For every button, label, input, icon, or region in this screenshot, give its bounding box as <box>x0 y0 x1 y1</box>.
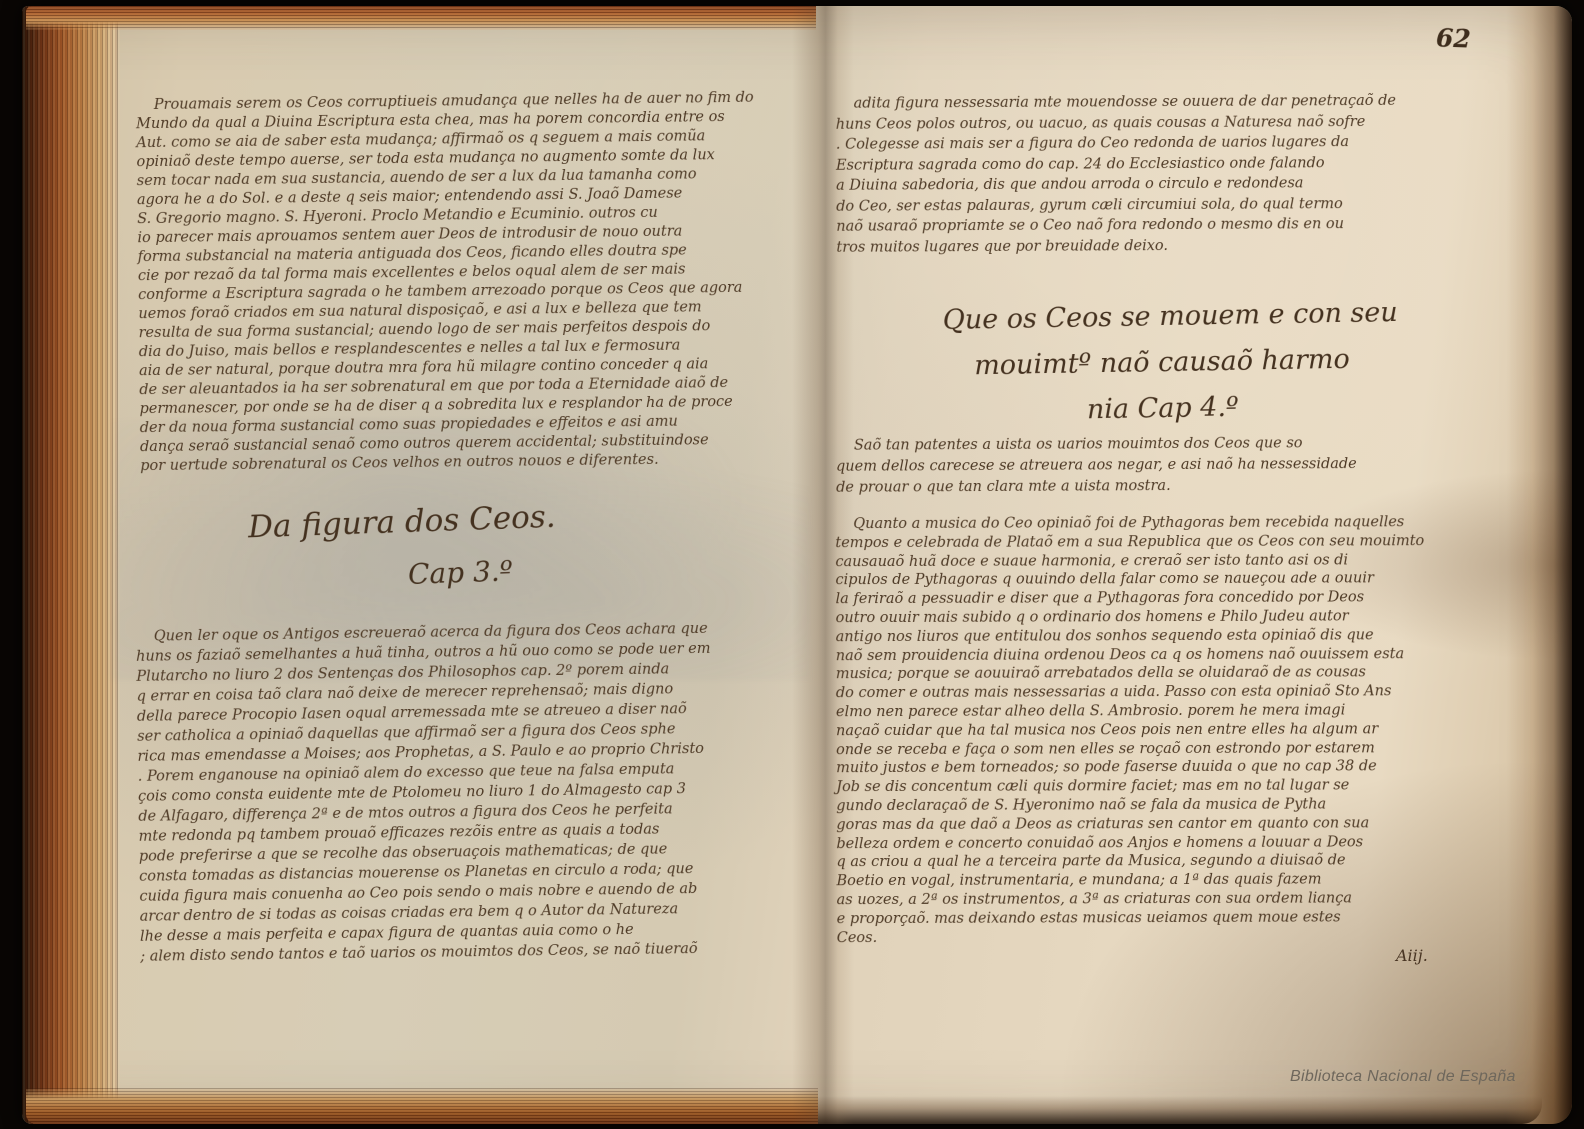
manuscript-line: elmo nen parece estar alheo della S. Amb… <box>836 701 1526 722</box>
manuscript-line: antigo nos liuros que entitulou dos sonh… <box>836 626 1526 647</box>
book-fore-edge-pages <box>22 6 120 1124</box>
manuscript-line: onde se receba e faça o som nen elles se… <box>836 738 1526 759</box>
manuscript-line: de prouar o que tan clara mte a uista mo… <box>836 474 1516 499</box>
manuscript-line: cipulos de Pythagoras q ouuindo della fa… <box>835 569 1525 590</box>
manuscript-line: Boetio en vogal, instrumentaria, e munda… <box>836 870 1526 891</box>
left-page-paragraph-1: Prouamais serem os Ceos corruptiueis amu… <box>136 88 831 476</box>
right-chapter-heading: Que os Ceos se mouem e con seumouimtº na… <box>851 289 1473 438</box>
manuscript-line: musica; porque se aouuiraõ arrebatados d… <box>836 663 1526 684</box>
manuscript-line: Job se dis concentum cæli quis dormire f… <box>836 776 1526 797</box>
manuscript-line: Quanto a musica do Ceo opiniaõ foi de Py… <box>835 513 1525 534</box>
manuscript-line: tros muitos lugares que por breuidade de… <box>836 234 1516 258</box>
book-bottom-page-edges <box>26 1088 818 1124</box>
manuscript-line: outro ouuir mais subido q o ordinario do… <box>836 607 1526 628</box>
manuscript-line: belleza ordem e concerto conuidaõ aos An… <box>836 832 1526 853</box>
manuscript-line: naçaõ cuidar que ha tal musica nos Ceos … <box>836 720 1526 741</box>
manuscript-line: muito justos e bem torneados; so pode fa… <box>836 757 1526 778</box>
manuscript-scan: Prouamais serem os Ceos corruptiueis amu… <box>0 0 1584 1129</box>
left-page-paragraph-2: Quen ler oque os Antigos escreueraõ acer… <box>136 617 831 967</box>
right-page-paragraph-2: Saõ tan patentes a uista os uarios mouim… <box>836 432 1516 499</box>
quire-signature-mark: Aiij. <box>1396 946 1428 965</box>
right-page-paragraph-1: adita figura nessessaria mte mouendosse … <box>836 90 1517 258</box>
manuscript-line: do comer e outras mais nessessarias a ui… <box>836 682 1526 703</box>
left-chapter-caption: Cap 3.º <box>407 554 513 591</box>
manuscript-line: la feriraõ a pessuadir e diser que a Pyt… <box>836 588 1526 609</box>
manuscript-line: tempos e celebrada de Plataõ em a sua Re… <box>835 532 1525 553</box>
manuscript-line: as uozes, a 2ª os instrumentos, a 3ª as … <box>837 889 1527 910</box>
manuscript-line: gundo declaraçaõ de S. Hyeronimo naõ se … <box>836 795 1526 816</box>
manuscript-line: naõ sem prouidencia diuina ordenou Deos … <box>836 644 1526 665</box>
manuscript-line: causauaõ huã doce e suaue harmonia, e cr… <box>835 550 1525 571</box>
book-top-page-edges <box>26 6 816 30</box>
right-page-paragraph-3: Quanto a musica do Ceo opiniaõ foi de Py… <box>835 513 1527 948</box>
library-watermark: Biblioteca Nacional de España <box>1290 1068 1516 1086</box>
manuscript-line: e proporçaõ. mas deixando estas musicas … <box>837 908 1527 929</box>
manuscript-line: q as criou a qual he a terceira parte da… <box>836 851 1526 872</box>
manuscript-line: goras mas da que daõ a Deos as criaturas… <box>836 814 1526 835</box>
manuscript-line: Ceos. <box>837 926 1527 947</box>
page-number: 62 <box>1436 23 1472 53</box>
bottom-shadow <box>818 1096 1542 1124</box>
